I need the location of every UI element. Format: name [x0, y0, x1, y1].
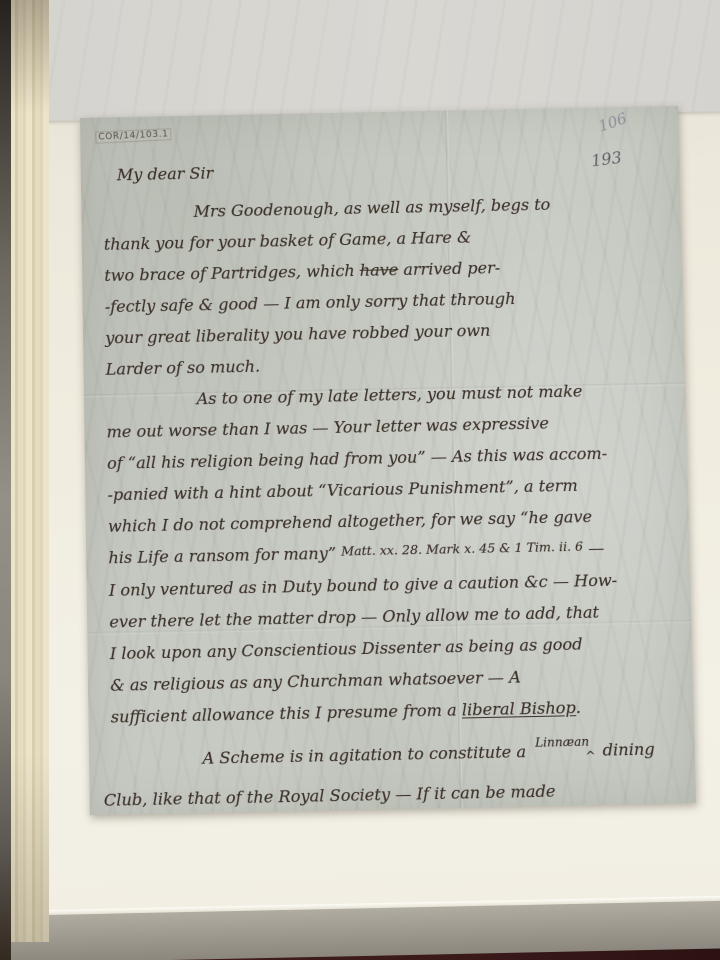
photograph-of-letter-album: COR/14/103.1 106 193 My dear SirMrs Good… — [0, 0, 720, 960]
manuscript-letter: COR/14/103.1 106 193 My dear SirMrs Good… — [80, 106, 696, 815]
letter-line: My dear Sir — [117, 148, 666, 190]
previous-album-leaf — [37, 0, 720, 121]
letter-line: A Scheme is in agitation to constitute a… — [111, 733, 681, 778]
letter-text: My dear SirMrs Goodenough, as well as my… — [80, 106, 696, 815]
stacked-page-edges — [9, 0, 49, 942]
book-binding — [0, 0, 11, 960]
